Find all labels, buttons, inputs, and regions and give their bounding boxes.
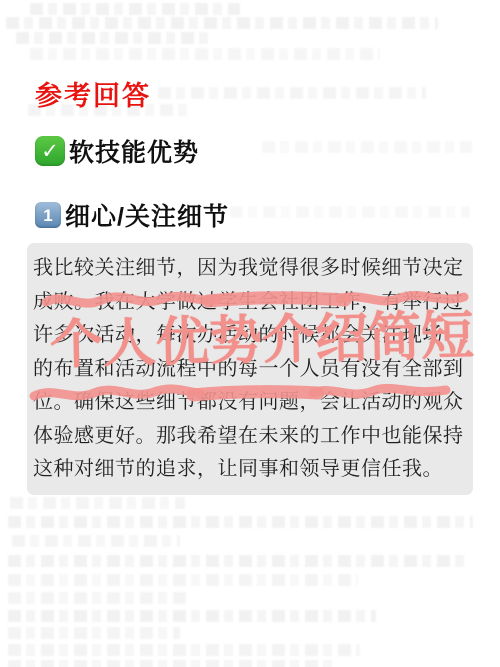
answer-line: 成败。我在大学做过学生会社团工作，有举行过: [33, 286, 473, 320]
answer-line: 体验感更好。那我希望在未来的工作中也能保持: [33, 420, 473, 454]
answer-line: 的布置和活动流程中的每一个人员有没有全部到: [33, 353, 473, 387]
ghost-text-line: [8, 644, 360, 656]
section-detail: 1 细心/关注细节: [35, 197, 229, 233]
answer-line: 位。确保这些细节都没有问题，会让活动的观众: [33, 386, 473, 420]
ghost-text-line: [12, 535, 180, 547]
ghost-text-line: [230, 206, 470, 218]
ghost-text-line: [8, 574, 358, 586]
section-soft-skills-label: 软技能优势: [69, 133, 199, 169]
page-title: 参考回答: [35, 74, 151, 113]
answer-card: 我比较关注细节，因为我觉得很多时候细节决定 成败。我在大学做过学生会社团工作，有…: [27, 243, 473, 495]
ghost-text-line: [8, 610, 376, 622]
ghost-text-line: [8, 592, 190, 604]
section-soft-skills: ✓ 软技能优势: [35, 133, 199, 169]
note-page: 参考回答 ✓ 软技能优势 1 细心/关注细节 我比较关注细节，因为我觉得很多时候…: [0, 0, 500, 667]
check-mark-icon: ✓: [35, 136, 65, 166]
ghost-text-line: [16, 32, 211, 44]
answer-line: 这种对细节的追求，让同事和领导更信任我。: [33, 453, 473, 487]
section-detail-label: 细心/关注细节: [65, 197, 229, 233]
ghost-text-line: [262, 141, 472, 153]
ghost-text-line: [8, 516, 473, 528]
ghost-text-line: [8, 660, 338, 667]
keycap-1-icon: 1: [35, 202, 61, 228]
ghost-text-line: [10, 497, 185, 509]
answer-line: 我比较关注细节，因为我觉得很多时候细节决定: [33, 252, 473, 286]
ghost-text-line: [30, 48, 380, 60]
ghost-text-line: [8, 555, 466, 567]
ghost-text-line: [30, 3, 240, 15]
ghost-text-line: [8, 627, 180, 639]
ghost-text-line: [6, 17, 438, 29]
answer-line: 许多次活动，每次办活动的时候都会关注现场: [33, 319, 473, 353]
ghost-text-line: [158, 87, 426, 99]
